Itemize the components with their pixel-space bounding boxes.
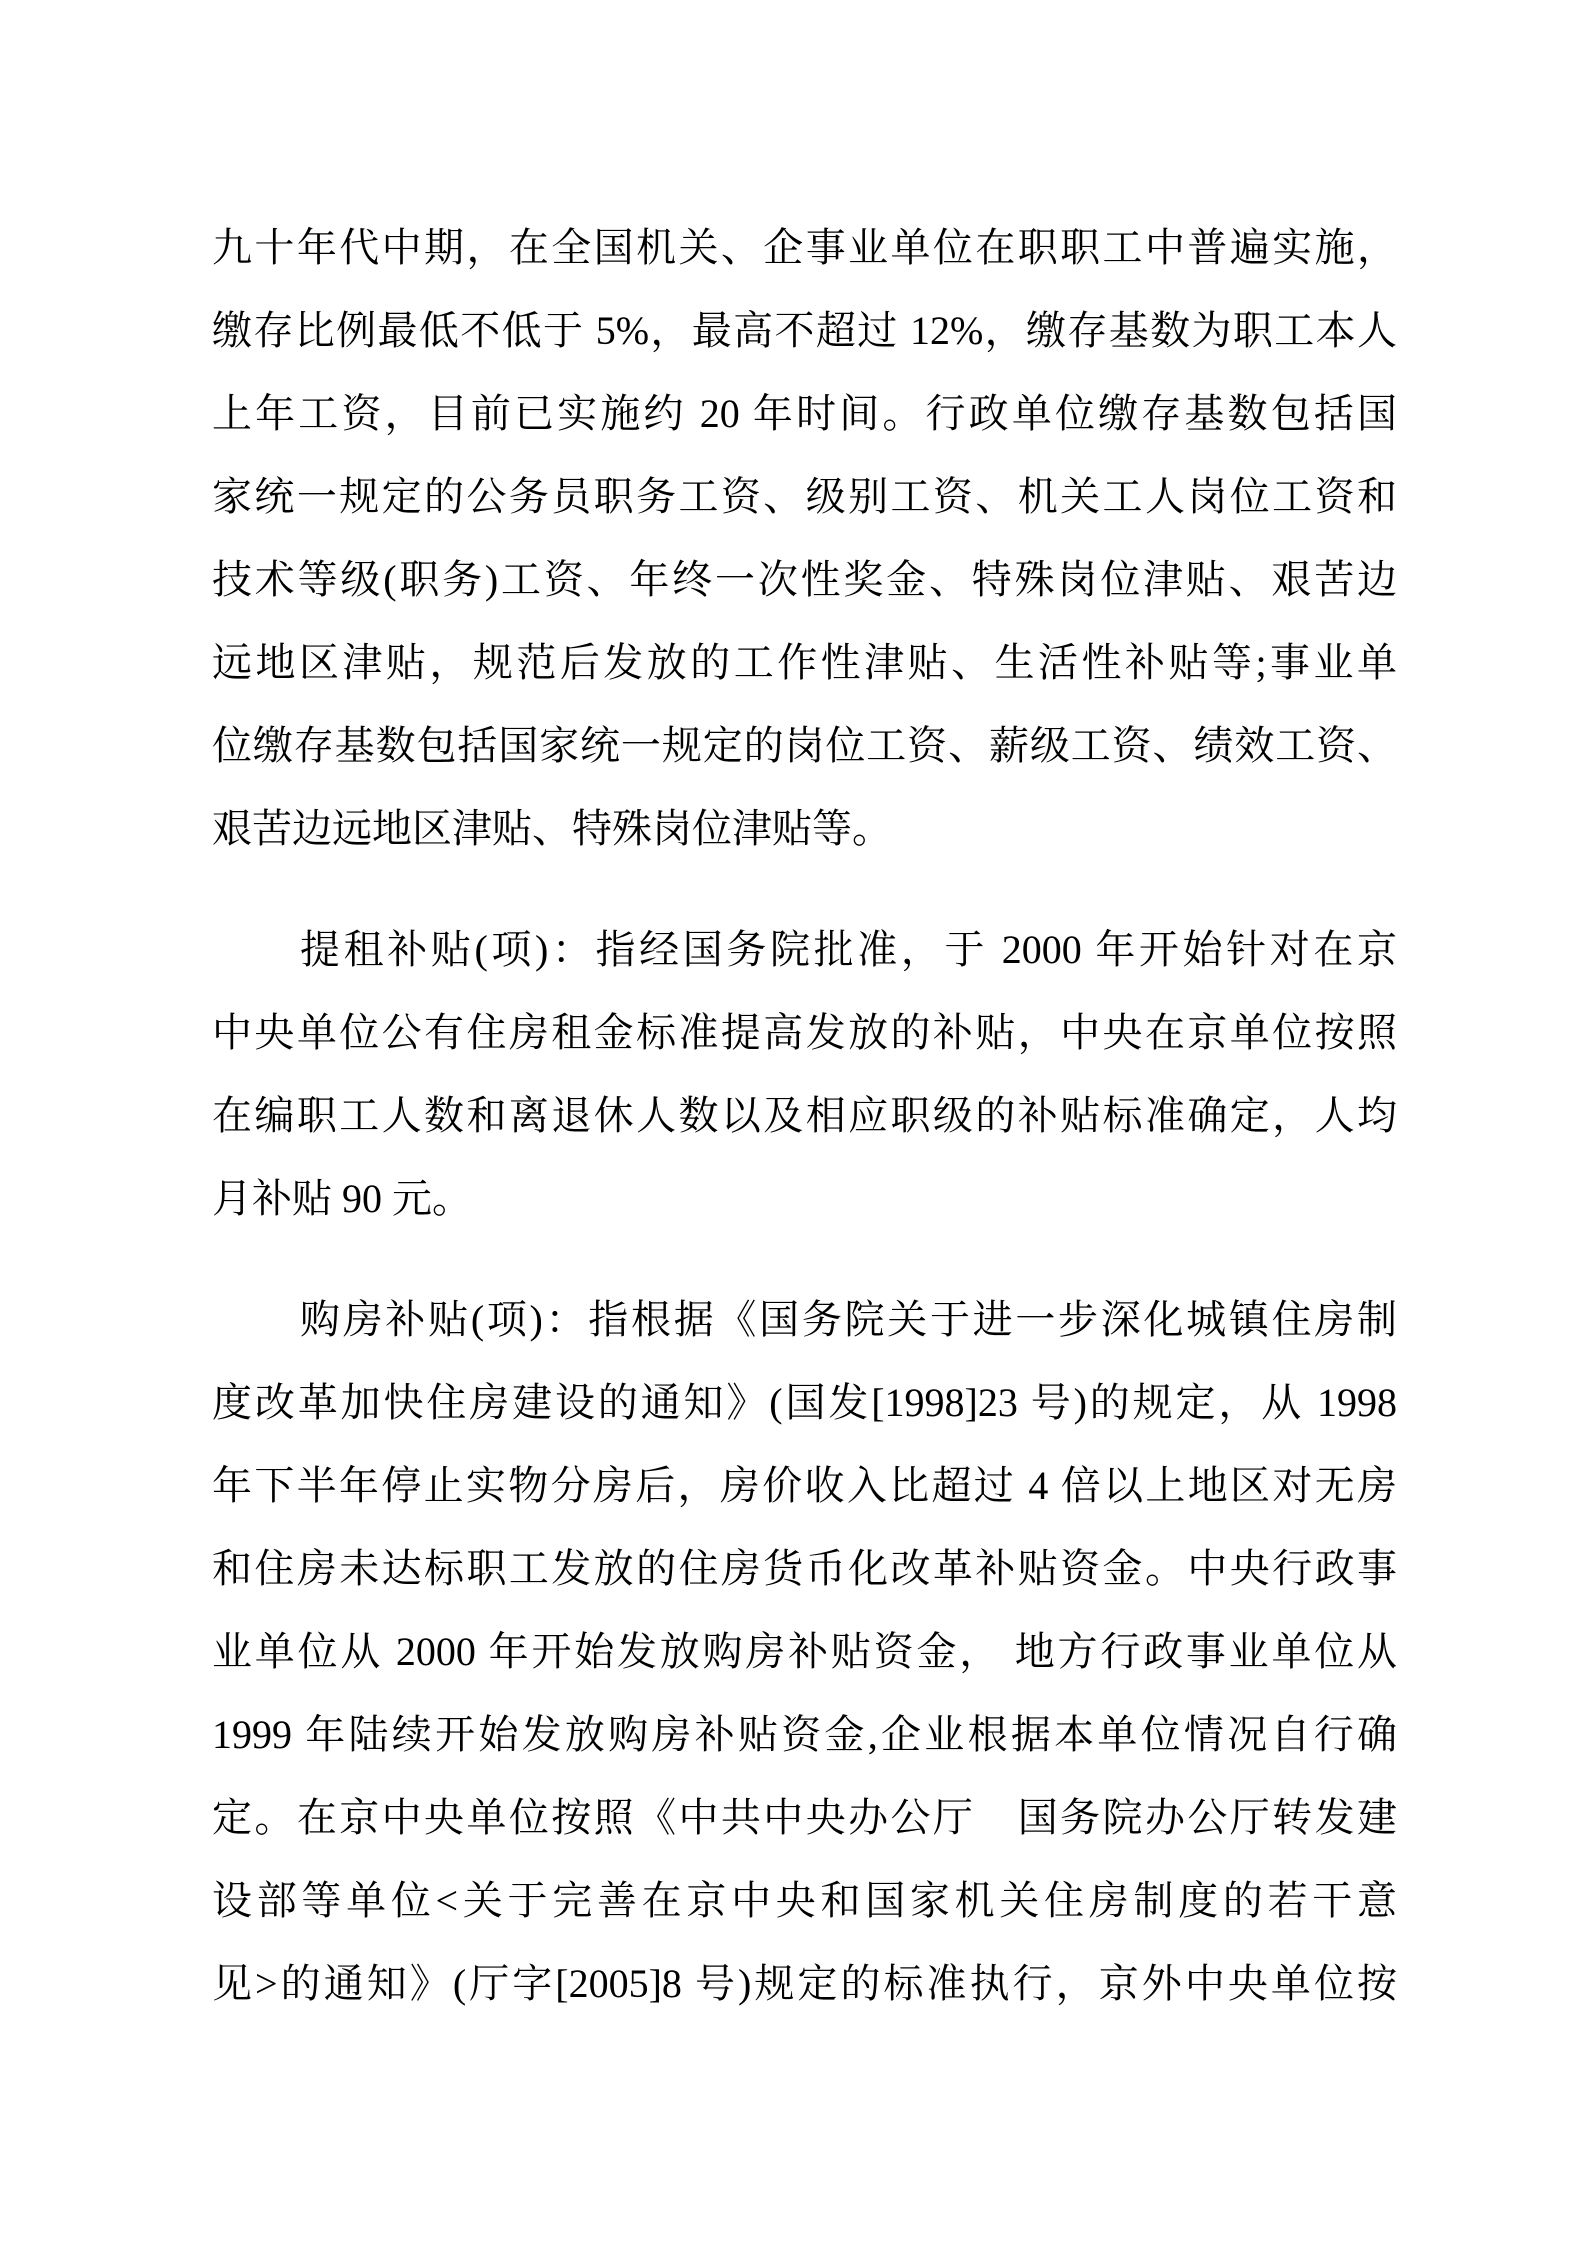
- text-line: 九十年代中期，在全国机关、企事业单位在职职工中普遍实施，: [212, 206, 1397, 289]
- text-line: 设部等单位<关于完善在京中央和国家机关住房制度的若干意: [212, 1859, 1397, 1942]
- text-line: 见>的通知》(厅字[2005]8 号)规定的标准执行，京外中央单位按: [212, 1942, 1397, 2025]
- text-line: 度改革加快住房建设的通知》(国发[1998]23 号)的规定，从 1998: [212, 1361, 1397, 1444]
- text-line: 上年工资，目前已实施约 20 年时间。行政单位缴存基数包括国: [212, 372, 1397, 455]
- document-body: 九十年代中期，在全国机关、企事业单位在职职工中普遍实施， 缴存比例最低不低于 5…: [212, 206, 1397, 2025]
- text-line: 在编职工人数和离退休人数以及相应职级的补贴标准确定，人均: [212, 1074, 1397, 1157]
- text-line: 家统一规定的公务员职务工资、级别工资、机关工人岗位工资和: [212, 455, 1397, 538]
- text-line: 提租补贴(项)：指经国务院批准，于 2000 年开始针对在京: [212, 908, 1397, 991]
- text-line: 1999 年陆续开始发放购房补贴资金,企业根据本单位情况自行确: [212, 1693, 1397, 1776]
- text-line: 定。在京中央单位按照《中共中央办公厅 国务院办公厅转发建: [212, 1776, 1397, 1859]
- paragraph-purchase-subsidy: 购房补贴(项)：指根据《国务院关于进一步深化城镇住房制 度改革加快住房建设的通知…: [212, 1278, 1397, 2025]
- document-page: 九十年代中期，在全国机关、企事业单位在职职工中普遍实施， 缴存比例最低不低于 5…: [0, 0, 1587, 2245]
- text-line: 购房补贴(项)：指根据《国务院关于进一步深化城镇住房制: [212, 1278, 1397, 1361]
- text-line: 远地区津贴，规范后发放的工作性津贴、生活性补贴等;事业单: [212, 621, 1397, 704]
- text-line: 位缴存基数包括国家统一规定的岗位工资、薪级工资、绩效工资、: [212, 704, 1397, 787]
- paragraph-rent-subsidy: 提租补贴(项)：指经国务院批准，于 2000 年开始针对在京 中央单位公有住房租…: [212, 908, 1397, 1240]
- text-line: 和住房未达标职工发放的住房货币化改革补贴资金。中央行政事: [212, 1527, 1397, 1610]
- text-line: 缴存比例最低不低于 5%，最高不超过 12%，缴存基数为职工本人: [212, 289, 1397, 372]
- text-line: 业单位从 2000 年开始发放购房补贴资金， 地方行政事业单位从: [212, 1610, 1397, 1693]
- text-line: 中央单位公有住房租金标准提高发放的补贴，中央在京单位按照: [212, 991, 1397, 1074]
- text-line: 技术等级(职务)工资、年终一次性奖金、特殊岗位津贴、艰苦边: [212, 538, 1397, 621]
- text-line: 月补贴 90 元。: [212, 1157, 1397, 1240]
- text-line: 年下半年停止实物分房后，房价收入比超过 4 倍以上地区对无房: [212, 1444, 1397, 1527]
- text-line: 艰苦边远地区津贴、特殊岗位津贴等。: [212, 787, 1397, 870]
- paragraph-deposit-base: 九十年代中期，在全国机关、企事业单位在职职工中普遍实施， 缴存比例最低不低于 5…: [212, 206, 1397, 870]
